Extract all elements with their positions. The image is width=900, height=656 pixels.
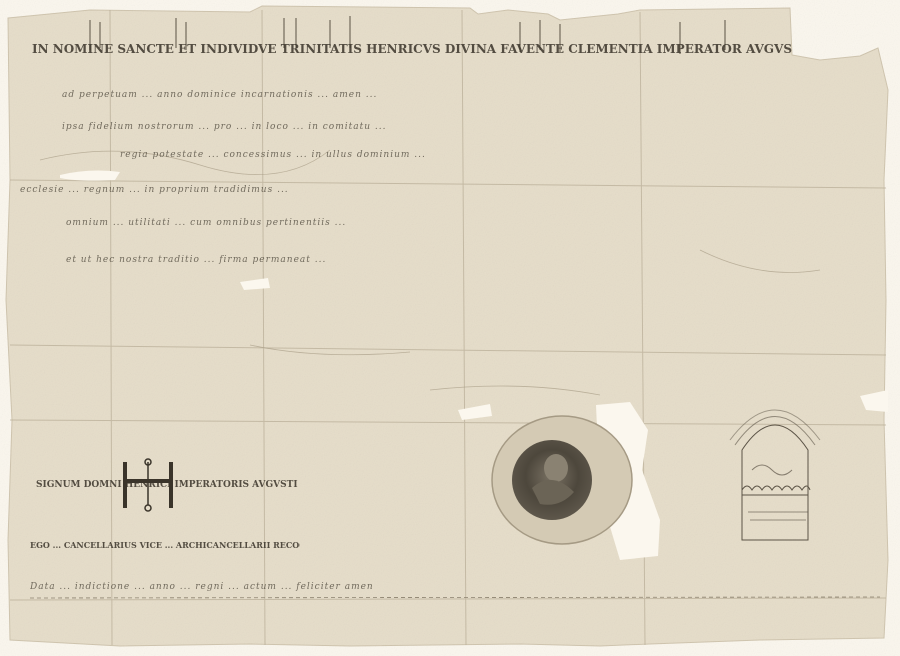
body-line-6: et ut hec nostra traditio ... firma perm… [66, 255, 396, 269]
wax-seal [492, 416, 632, 544]
body-line-2: ipsa fidelium nostrorum ... pro ... in l… [62, 122, 832, 136]
header-line: IN NOMINE SANCTE ET INDIVIDVE TRINITATIS… [32, 42, 792, 56]
body-line-3: regia potestate ... concessimus ... in u… [120, 150, 830, 164]
body-line-5: omnium ... utilitati ... cum omnibus per… [66, 218, 786, 232]
body-line-1: ad perpetuam ... anno dominice incarnati… [62, 90, 862, 104]
signum-line-2: EGO ... CANCELLARIUS VICE ... ARCHICANCE… [30, 540, 300, 554]
dating-line: Data ... indictione ... anno ... regni .… [30, 582, 630, 596]
body-line-4: ecclesie ... regnum ... in proprium trad… [20, 185, 840, 199]
signum-line-1: SIGNUM DOMNI HENRICI IMPERATORIS AVGVSTI [36, 480, 336, 494]
